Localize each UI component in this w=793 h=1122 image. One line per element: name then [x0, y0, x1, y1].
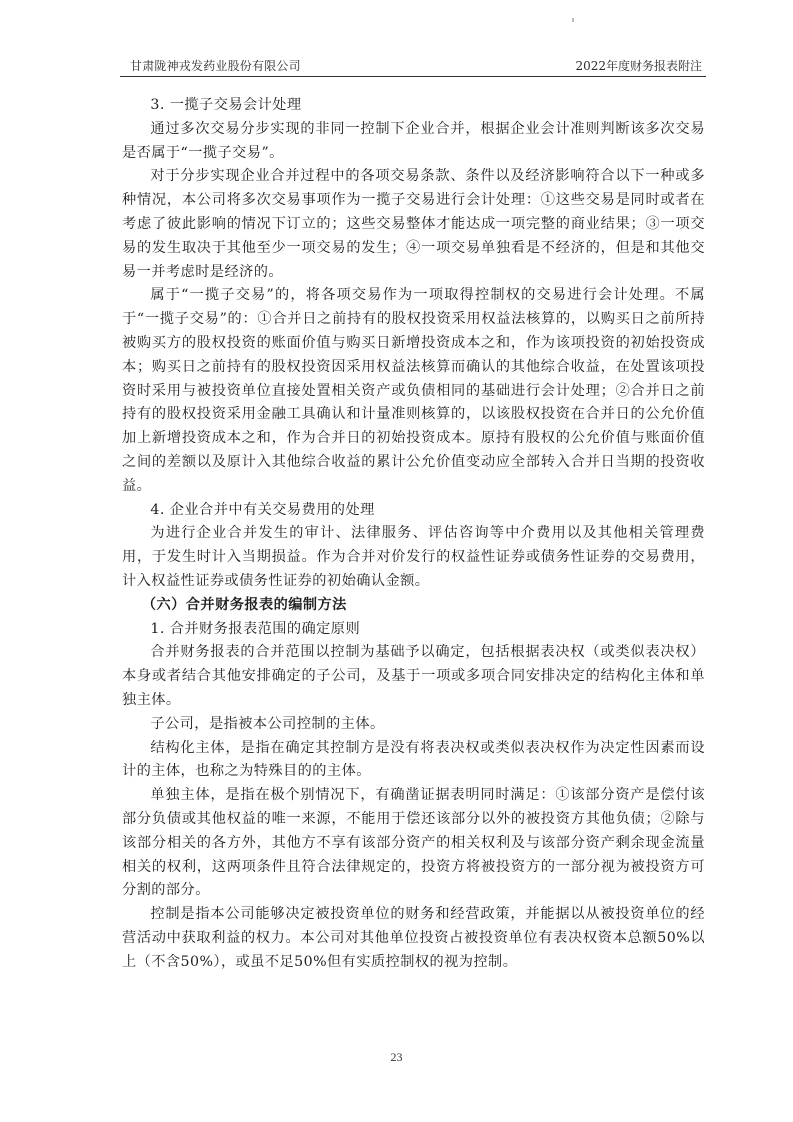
page-header: 甘肃陇神戎发药业股份有限公司 2022年度财务报表附注 [120, 56, 706, 77]
paragraph: 控制是指本公司能够决定被投资单位的财务和经营政策，并能据以从被投资单位的经营活动… [122, 903, 705, 974]
scan-artifact [572, 18, 574, 22]
subheading-scope-principles: 1. 合并财务报表范围的确定原则 [122, 618, 705, 642]
page-number: 23 [0, 1050, 793, 1065]
subheading-transaction-costs: 4. 企业合并中有关交易费用的处理 [122, 499, 705, 523]
paragraph: 对于分步实现企业合并过程中的各项交易条款、条件以及经济影响符合以下一种或多种情况… [122, 165, 705, 284]
company-name: 甘肃陇神戎发药业股份有限公司 [130, 57, 301, 74]
paragraph: 通过多次交易分步实现的非同一控制下企业合并，根据企业会计准则判断该多次交易是否属… [122, 118, 705, 166]
paragraph: 结构化主体，是指在确定其控制方是没有将表决权或类似表决权作为决定性因素而设计的主… [122, 737, 705, 785]
paragraph: 合并财务报表的合并范围以控制为基础予以确定，包括根据表决权（或类似表决权）本身或… [122, 641, 705, 712]
paragraph: 为进行企业合并发生的审计、法律服务、评估咨询等中介费用以及其他相关管理费用，于发… [122, 522, 705, 593]
subheading-bundled-transactions: 3. 一揽子交易会计处理 [122, 94, 705, 118]
paragraph: 属于“一揽子交易”的，将各项交易作为一项取得控制权的交易进行会计处理。不属于“一… [122, 284, 705, 498]
paragraph: 子公司，是指被本公司控制的主体。 [122, 713, 705, 737]
document-body: 3. 一揽子交易会计处理 通过多次交易分步实现的非同一控制下企业合并，根据企业会… [122, 94, 705, 974]
report-title: 2022年度财务报表附注 [575, 57, 702, 74]
paragraph: 单独主体，是指在极个别情况下，有确凿证据表明同时满足：①该部分资产是偿付该部分负… [122, 784, 705, 903]
section-heading-consolidation: （六）合并财务报表的编制方法 [122, 594, 705, 618]
